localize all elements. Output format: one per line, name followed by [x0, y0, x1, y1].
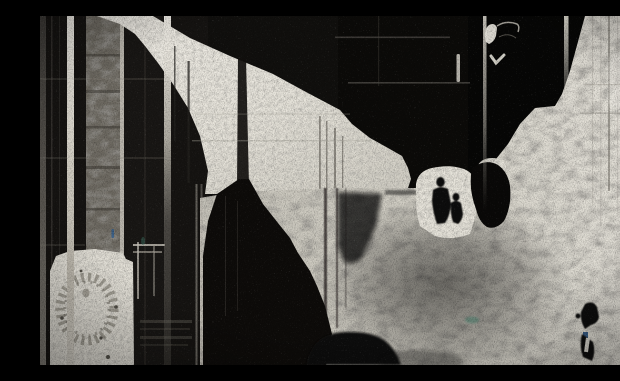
film-still-image	[40, 16, 620, 365]
film-grain-light	[40, 16, 620, 365]
photo-frame: Grainy monochrome film still of a ruined…	[40, 16, 620, 365]
